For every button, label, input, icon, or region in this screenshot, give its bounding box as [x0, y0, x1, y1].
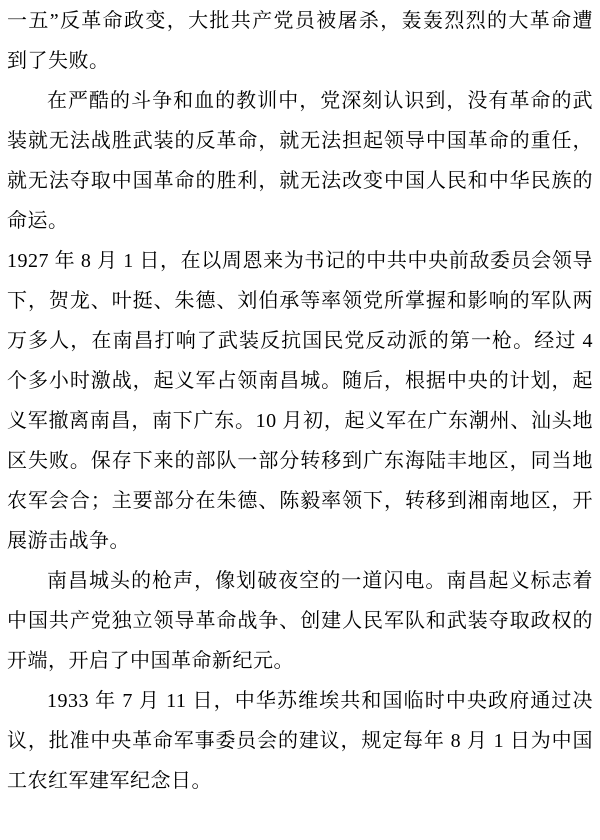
text-line: 就无法夺取中国革命的胜利，就无法改变中国人民和中华民族的: [7, 161, 593, 201]
text-line: 万多人，在南昌打响了武装反抗国民党反动派的第一枪。经过 4: [7, 321, 593, 361]
paragraph: 在严酷的斗争和血的教训中，党深刻认识到，没有革命的武 装就无法战胜武装的反革命，…: [7, 81, 593, 241]
text-line: 一五”反革命政变，大批共产党员被屠杀，轰轰烈烈的大革命遭: [7, 1, 593, 41]
paragraph: 1927 年 8 月 1 日，在以周恩来为书记的中共中央前敌委员会领导 下，贺龙…: [7, 241, 593, 561]
text-line: 开端，开启了中国革命新纪元。: [7, 641, 593, 681]
text-line: 1927 年 8 月 1 日，在以周恩来为书记的中共中央前敌委员会领导: [7, 241, 593, 281]
text-line: 农军会合；主要部分在朱德、陈毅率领下，转移到湘南地区，开: [7, 481, 593, 521]
text-line: 义军撤离南昌，南下广东。10 月初，起义军在广东潮州、汕头地: [7, 401, 593, 441]
text-line: 工农红军建军纪念日。: [7, 761, 593, 801]
text-line: 到了失败。: [7, 41, 593, 81]
text-line: 装就无法战胜武装的反革命，就无法担起领导中国革命的重任，: [7, 121, 593, 161]
text-line: 在严酷的斗争和血的教训中，党深刻认识到，没有革命的武: [7, 81, 593, 121]
text-line: 中国共产党独立领导革命战争、创建人民军队和武装夺取政权的: [7, 601, 593, 641]
paragraph: 1933 年 7 月 11 日，中华苏维埃共和国临时中央政府通过决 议，批准中央…: [7, 681, 593, 801]
text-line: 区失败。保存下来的部队一部分转移到广东海陆丰地区，同当地: [7, 441, 593, 481]
text-line: 展游击战争。: [7, 521, 593, 561]
text-line: 议，批准中央革命军事委员会的建议，规定每年 8 月 1 日为中国: [7, 721, 593, 761]
text-line: 南昌城头的枪声，像划破夜空的一道闪电。南昌起义标志着: [7, 561, 593, 601]
text-line: 下，贺龙、叶挺、朱德、刘伯承等率领党所掌握和影响的军队两: [7, 281, 593, 321]
text-line: 个多小时激战，起义军占领南昌城。随后，根据中央的计划，起: [7, 361, 593, 401]
text-line: 命运。: [7, 201, 593, 241]
text-line: 1933 年 7 月 11 日，中华苏维埃共和国临时中央政府通过决: [7, 681, 593, 721]
paragraph: 一五”反革命政变，大批共产党员被屠杀，轰轰烈烈的大革命遭 到了失败。: [7, 1, 593, 81]
paragraph: 南昌城头的枪声，像划破夜空的一道闪电。南昌起义标志着 中国共产党独立领导革命战争…: [7, 561, 593, 681]
document-page: 一五”反革命政变，大批共产党员被屠杀，轰轰烈烈的大革命遭 到了失败。 在严酷的斗…: [0, 0, 600, 840]
